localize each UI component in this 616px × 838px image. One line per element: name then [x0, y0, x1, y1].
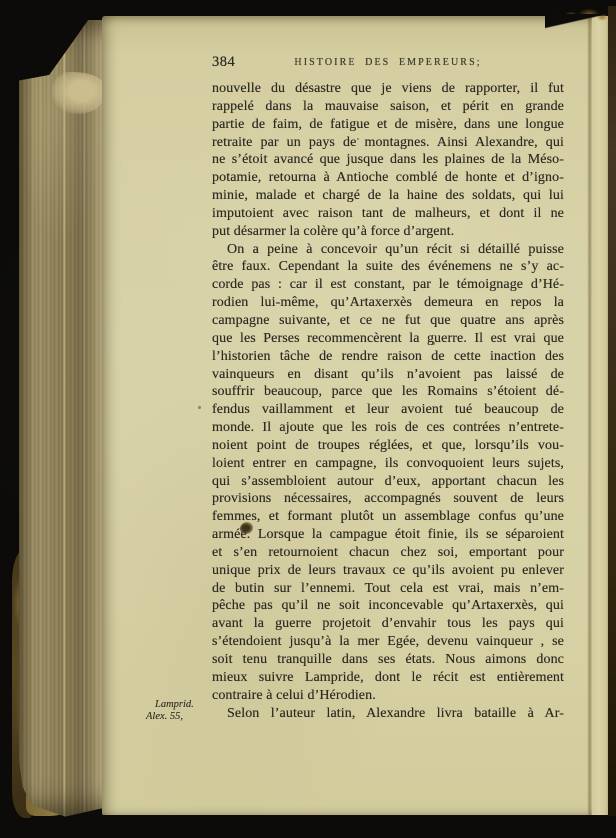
- text-line: souffrir beaucoup, parce que les Romains…: [212, 383, 564, 401]
- text-line: ne s’étoit avancé que jusque dans les pl…: [212, 151, 564, 169]
- page-header: 384 HISTOIRE DES EMPEREURS;: [212, 54, 564, 74]
- paper-speck: [357, 138, 359, 140]
- text-line: minie, malade et chargé de la haine des …: [212, 187, 564, 205]
- page-top-edge-shadow: [545, 14, 616, 30]
- running-title: HISTOIRE DES EMPEREURS;: [294, 57, 481, 68]
- text-line: armée. Lorsque la campague étoit finie, …: [212, 526, 564, 544]
- text-line: loient entrer en campagne, ils convoquoi…: [212, 455, 564, 473]
- paper-speck: [522, 602, 524, 604]
- text-line: contraire à celui d’Hérodien.: [212, 687, 564, 705]
- book-page: 384 HISTOIRE DES EMPEREURS; nouvelle du …: [102, 16, 612, 815]
- text-line: partie de faim, de fatigue et de misère,…: [212, 116, 564, 134]
- text-line: et s’en retournoient chacun chez soi, em…: [212, 544, 564, 562]
- text-line: nouvelle du désastre que je viens de rap…: [212, 80, 564, 98]
- text-line: imputoient avec raison tant de malheurs,…: [212, 205, 564, 223]
- text-line: que les Perses recommencèrent la guerre.…: [212, 330, 564, 348]
- margin-note: Lamprid.Alex. 55,: [146, 699, 212, 723]
- text-line: corde pas : car il est constant, par le …: [212, 276, 564, 294]
- text-line: l’historien tâche de rendre raison de ce…: [212, 348, 564, 366]
- text-line: de butin sur l’ennemi. Tout cela est vra…: [212, 580, 564, 598]
- text-line: campagne suivante, et ce ne fut que quat…: [212, 312, 564, 330]
- text-line: provisions nécessaires, accompagnés souv…: [212, 490, 564, 508]
- text-line: retraite par un pays de montagnes. Ainsi…: [212, 134, 564, 152]
- text-line: fendus vaillamment et leur avoient tué b…: [212, 401, 564, 419]
- binding-gutter: [608, 6, 616, 816]
- text-line: Selon l’auteur latin, Alexandre livra ba…: [212, 705, 564, 723]
- margin-note-line: Lamprid.: [146, 699, 212, 711]
- text-line: rodien lui-même, qu’Artaxerxès demeura e…: [212, 294, 564, 312]
- text-line: rappelé dans la mauvaise saison, et péri…: [212, 98, 564, 116]
- text-line: potamie, retourna à Antioche comblé de h…: [212, 169, 564, 187]
- paper-speck: [198, 406, 201, 409]
- text-line: s’étendoient jusqu’à la mer Egée, devenu…: [212, 633, 564, 651]
- text-line: vainqueurs en disant qu’ils n’avoient pa…: [212, 366, 564, 384]
- text-line: mieux suivre Lampride, dont le récit est…: [212, 669, 564, 687]
- text-line: unique prix de leurs travaux ce qu’ils a…: [212, 562, 564, 580]
- paper-speck: [432, 342, 435, 345]
- text-line: avant la guerre projetoit d’envahir tous…: [212, 615, 564, 633]
- text-line: On a peine à concevoir qu’un récit si dé…: [212, 241, 564, 259]
- text-line: être faux. Cependant la suite des événem…: [212, 258, 564, 276]
- text-line: noient point de troupes réglées, et que,…: [212, 437, 564, 455]
- text-line: monde. Il ajoute que les rois de ces con…: [212, 419, 564, 437]
- page-number: 384: [212, 54, 235, 71]
- margin-note-line: Alex. 55,: [146, 711, 212, 723]
- stacked-page-edges: [19, 20, 108, 818]
- text-line: put désarmer la colère qu’à force d’arge…: [212, 223, 564, 241]
- text-line: qui s’assembloient autour d’eux, apporta…: [212, 473, 564, 491]
- body-text: nouvelle du désastre que je viens de rap…: [212, 80, 564, 722]
- text-line: femmes, et formant plutôt un assemblage …: [212, 508, 564, 526]
- text-line: pêche pas qu’il ne soit inconcevable qu’…: [212, 597, 564, 615]
- book-scan-photo: 384 HISTOIRE DES EMPEREURS; nouvelle du …: [0, 0, 616, 838]
- text-line: soit tenu tranquille dans ses états. Nou…: [212, 651, 564, 669]
